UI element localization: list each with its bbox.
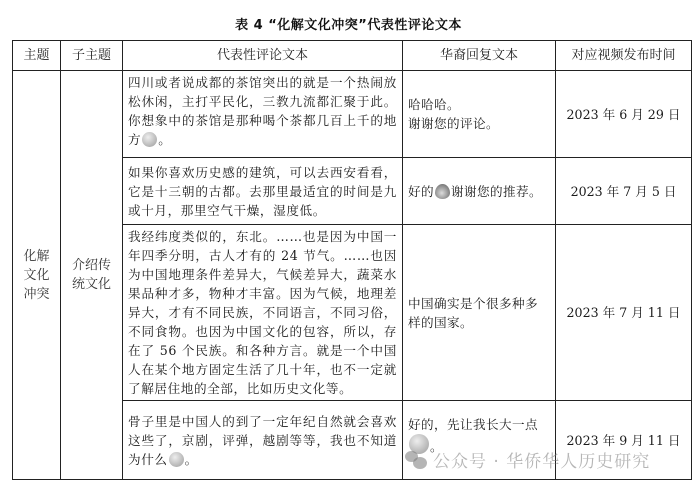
reply-cell: 好的谢谢您的推荐。 xyxy=(403,158,556,225)
theme-line: 化解 xyxy=(14,247,59,266)
reply-cell: 中国确实是个很多种多样的国家。 xyxy=(403,225,556,401)
theme-line: 文化 xyxy=(14,266,59,285)
comment-cell: 如果你喜欢历史感的建筑，可以去西安看看，它是十三朝的古都。去那里最适宜的时间是九… xyxy=(123,158,403,225)
reply-line: 哈哈哈。 xyxy=(408,95,550,114)
reply-line: 谢谢您的评论。 xyxy=(408,114,550,133)
header-reply: 华裔回复文本 xyxy=(403,41,556,71)
theme-cell: 化解 文化 冲突 xyxy=(13,71,61,480)
reply-text: 好的，先让我长大一点 xyxy=(408,417,538,432)
grinning-face-emoji-icon xyxy=(142,132,157,147)
subtheme-cell: 介绍传 统文化 xyxy=(61,71,123,480)
subtheme-line: 介绍传 xyxy=(62,256,121,275)
winking-tongue-emoji-icon xyxy=(409,434,429,454)
reply-text: 好的 xyxy=(408,184,434,199)
date-cell: 2023 年 6 月 29 日 xyxy=(556,71,692,158)
reply-cell: 哈哈哈。 谢谢您的评论。 xyxy=(403,71,556,158)
table-caption: 表 4 “化解文化冲突”代表性评论文本 xyxy=(0,14,697,33)
subtheme-line: 统文化 xyxy=(62,275,121,294)
date-cell: 2023 年 9 月 11 日 xyxy=(556,401,692,480)
comment-end: 。 xyxy=(185,452,198,467)
comment-end: 。 xyxy=(158,132,171,147)
comment-cell: 四川或者说成都的茶馆突出的就是一个热闹放松休闲，主打平民化，三教九流都汇聚于此。… xyxy=(123,71,403,158)
date-cell: 2023 年 7 月 5 日 xyxy=(556,158,692,225)
table-header-row: 主题 子主题 代表性评论文本 华裔回复文本 对应视频发布时间 xyxy=(13,41,692,71)
ok-hand-emoji-icon xyxy=(435,184,450,199)
comments-table: 主题 子主题 代表性评论文本 华裔回复文本 对应视频发布时间 化解 文化 冲突 … xyxy=(12,40,692,480)
header-comment: 代表性评论文本 xyxy=(123,41,403,71)
table-row: 化解 文化 冲突 介绍传 统文化 四川或者说成都的茶馆突出的就是一个热闹放松休闲… xyxy=(13,71,692,158)
comment-text: 如果你喜欢历史感的建筑，可以去西安看看，它是十三朝的古都。去那里最适宜的时间是九… xyxy=(128,165,397,218)
date-cell: 2023 年 7 月 11 日 xyxy=(556,225,692,401)
comment-cell: 骨子里是中国人的到了一定年纪自然就会喜欢这些了，京剧，评弹，越剧等等，我也不知道… xyxy=(123,401,403,480)
comment-text: 我经纬度类似的，东北。……也是因为中国一年四季分明，古人才有的 24 节气。……… xyxy=(128,229,397,396)
theme-line: 冲突 xyxy=(14,285,59,304)
reply-text: 中国确实是个很多种多样的国家。 xyxy=(408,296,538,330)
laughing-face-emoji-icon xyxy=(169,452,184,467)
reply-cell: 好的，先让我长大一点。 xyxy=(403,401,556,480)
reply-text: 谢谢您的推荐。 xyxy=(451,184,542,199)
header-theme: 主题 xyxy=(13,41,61,71)
header-date: 对应视频发布时间 xyxy=(556,41,692,71)
reply-end: 。 xyxy=(430,439,443,454)
comment-cell: 我经纬度类似的，东北。……也是因为中国一年四季分明，古人才有的 24 节气。……… xyxy=(123,225,403,401)
header-subtheme: 子主题 xyxy=(61,41,123,71)
